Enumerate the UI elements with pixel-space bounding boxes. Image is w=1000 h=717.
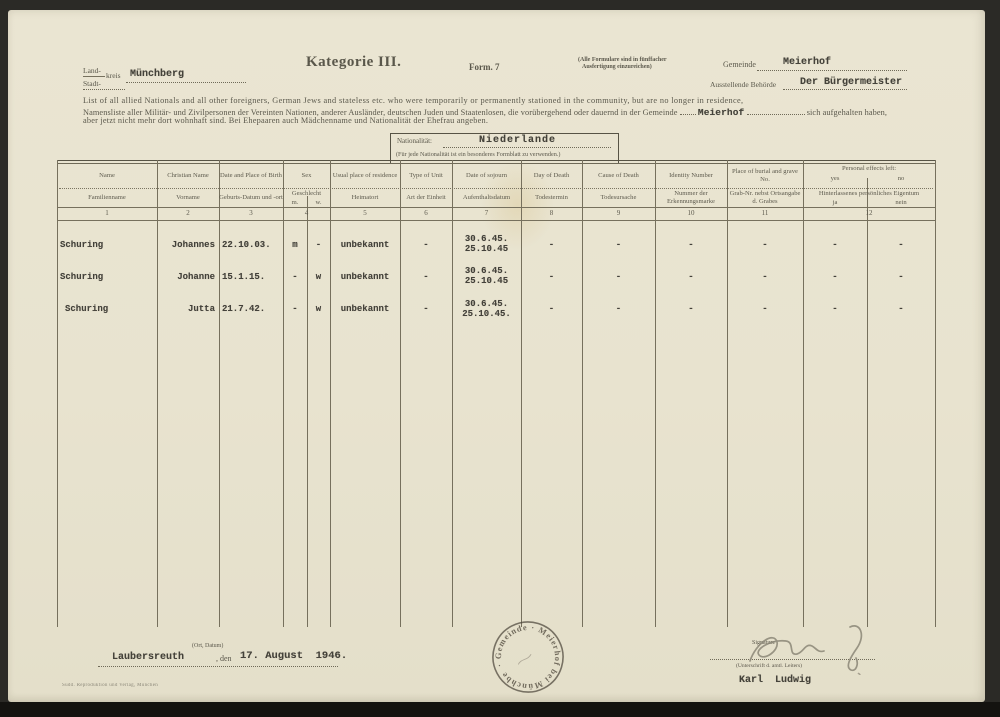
col-number: 8	[521, 209, 582, 217]
intro-line-en: List of all allied Nationals and all oth…	[83, 96, 743, 105]
col-header-de-burial: Grab-Nr. nebst Ortsangabe d. Grabes	[727, 190, 803, 206]
table-column-line	[283, 160, 284, 627]
intro-line-de2: aber jetzt nicht mehr dort wohnhaft sind…	[83, 116, 488, 125]
col-header-en-effects-yes: yes	[803, 174, 867, 183]
row1-christian-name: Johannes	[157, 240, 215, 250]
col-header-de-identity: Nummer der Erkennungsmarke	[655, 190, 727, 206]
col-header-de-sex-m: m.	[283, 199, 307, 207]
nationality-label: Nationalität:	[397, 137, 432, 145]
row1-effects-nein: -	[867, 240, 935, 250]
table-column-line	[655, 160, 656, 627]
row1-name: Schuring	[60, 240, 155, 250]
row3-sojourn-from: 30.6.45.	[452, 299, 521, 309]
gemeinde-dotted-line	[757, 62, 907, 71]
col-header-de-effects: Hinterlassenes persönliches Eigentum	[803, 189, 935, 199]
row2-sojourn-to: 25.10.45	[452, 276, 521, 286]
table-column-line	[803, 160, 804, 627]
intro-de-post: sich aufgehalten haben,	[807, 108, 887, 117]
kreis-kreis-label: kreis	[106, 71, 121, 80]
table-column-line	[727, 160, 728, 627]
col-number: 12	[803, 209, 935, 217]
scanned-form-kategorie-iii: Kategorie III. Form. 7 (Alle Formulare s…	[0, 0, 1000, 717]
table-column-line	[157, 160, 158, 627]
row2-identity: -	[655, 272, 727, 282]
row2-birth: 15.1.15.	[222, 272, 282, 282]
nationality-note: (Für jede Nationalität ist ein besondere…	[396, 151, 560, 158]
place-value: Laubersreuth	[112, 652, 184, 663]
row2-death-cause: -	[582, 272, 655, 282]
table-column-line	[400, 160, 401, 627]
col-number: 6	[400, 209, 452, 217]
row2-unit: -	[400, 272, 452, 282]
row2-sex-m: -	[283, 272, 307, 282]
col-number: 10	[655, 209, 727, 217]
stamp-inner-mark	[517, 654, 533, 664]
behoerde-label: Ausstellende Behörde	[710, 80, 776, 89]
row2-sojourn-from: 30.6.45.	[452, 266, 521, 276]
row2-death-day: -	[521, 272, 582, 282]
col-header-de-residence: Heimatort	[330, 190, 400, 206]
row1-unit: -	[400, 240, 452, 250]
row1-residence: unbekannt	[330, 240, 400, 250]
date-value: 17. August 1946.	[240, 650, 347, 662]
col-header-en-burial: Place of burial and grave No.	[727, 165, 803, 187]
col-header-en-unit: Type of Unit	[400, 165, 452, 187]
table-column-line	[219, 160, 220, 627]
col-header-de-birth: Geburts-Datum und -ort	[219, 190, 283, 206]
row3-effects-nein: -	[867, 304, 935, 314]
header-bottom-line	[57, 220, 935, 221]
form-number-label: Form. 7	[469, 62, 500, 72]
table-column-line	[57, 160, 58, 627]
header-number-separator	[57, 207, 935, 208]
row2-residence: unbekannt	[330, 272, 400, 282]
col-header-de-unit: Art der Einheit	[400, 190, 452, 206]
table-column-line	[521, 160, 522, 627]
kreis-value: Münchberg	[130, 69, 184, 80]
row3-unit: -	[400, 304, 452, 314]
kreis-strike-line	[83, 76, 105, 77]
col-header-de-death-cause: Todesursache	[582, 190, 655, 206]
col-header-en-death-day: Day of Death	[521, 165, 582, 187]
col-header-de-sojourn: Aufenthaltsdatum	[452, 190, 521, 206]
handwritten-signature	[742, 615, 902, 677]
col-number: 1	[57, 209, 157, 217]
col-header-en-christian-name: Christian Name	[157, 165, 219, 187]
behoerde-value: Der Bürgermeister	[800, 77, 902, 88]
form-title: Kategorie III.	[306, 54, 401, 71]
table-column-line	[582, 160, 583, 627]
row3-name: Schuring	[60, 304, 160, 314]
intro-leader-1	[680, 106, 696, 115]
gemeinde-label: Gemeinde	[723, 60, 756, 69]
row1-death-cause: -	[582, 240, 655, 250]
row2-christian-name: Johanne	[157, 272, 215, 282]
col-number: 11	[727, 209, 803, 217]
row3-sex-m: -	[283, 304, 307, 314]
row1-identity: -	[655, 240, 727, 250]
col-header-en-name: Name	[57, 165, 157, 187]
table-column-line	[935, 160, 936, 627]
den-label: , den	[216, 654, 232, 663]
table-column-line	[330, 160, 331, 627]
intro-gemeinde-value: Meierhof	[698, 107, 744, 118]
row1-sojourn-to: 25.10.45	[452, 244, 521, 254]
row3-death-cause: -	[582, 304, 655, 314]
row3-residence: unbekannt	[330, 304, 400, 314]
col-number: 7	[452, 209, 521, 217]
nationality-value: Niederlande	[479, 135, 556, 146]
header-dotted-separator	[59, 188, 933, 189]
col-header-en-identity: Identity Number	[655, 165, 727, 187]
row3-sojourn-to: 25.10.45.	[452, 309, 521, 319]
row1-sojourn-from: 30.6.45.	[452, 234, 521, 244]
col-header-en-residence: Usual place of residence	[330, 165, 400, 187]
kreis-stadt-dotted	[83, 81, 125, 90]
col-header-de-effects-nein: nein	[867, 199, 935, 207]
row1-sex-w: -	[307, 240, 330, 250]
col-header-en-birth: Date and Place of Birth	[219, 165, 283, 187]
col-header-de-sex: Geschlecht	[283, 189, 330, 199]
col-number: 3	[219, 209, 283, 217]
copies-note-line1: (Alle Formulare sind in fünffacher	[578, 57, 667, 63]
row1-burial: -	[727, 240, 803, 250]
kreis-land-label: Land-	[83, 66, 101, 75]
row1-birth: 22.10.03.	[222, 240, 282, 250]
row2-sex-w: w	[307, 272, 330, 282]
col-header-en-effects-no: no	[867, 174, 935, 183]
col-header-de-effects-ja: ja	[803, 199, 867, 207]
row2-burial: -	[727, 272, 803, 282]
row2-effects-nein: -	[867, 272, 935, 282]
row3-death-day: -	[521, 304, 582, 314]
sex-subcolumn-line	[307, 196, 308, 627]
printer-imprint: Südd. Reproduktion und Verlag, München	[62, 683, 158, 688]
table-column-line	[452, 160, 453, 627]
gemeinde-value: Meierhof	[783, 57, 831, 68]
col-header-en-effects: Personal effects left:	[803, 164, 935, 174]
col-number: 5	[330, 209, 400, 217]
col-header-de-name: Familienname	[57, 190, 157, 206]
row2-name: Schuring	[60, 272, 155, 282]
row1-effects-ja: -	[803, 240, 867, 250]
intro-leader-2	[747, 106, 805, 115]
col-header-en-sojourn: Date of sojourn	[452, 165, 521, 187]
row2-effects-ja: -	[803, 272, 867, 282]
row1-sex-m: m	[283, 240, 307, 250]
scan-bottom-edge	[0, 702, 1000, 717]
copies-note-line2: Ausfertigung einzureichen)	[582, 64, 652, 70]
col-header-de-christian-name: Vorname	[157, 190, 219, 206]
col-number: 4	[283, 209, 330, 217]
ort-datum-label: (Ort, Datum)	[192, 643, 223, 649]
row3-identity: -	[655, 304, 727, 314]
col-header-de-sex-w: w.	[307, 199, 330, 207]
col-number: 9	[582, 209, 655, 217]
col-header-en-sex: Sex	[283, 165, 330, 187]
row3-birth: 21.7.42.	[222, 304, 282, 314]
col-number: 2	[157, 209, 219, 217]
col-header-de-death-day: Todestermin	[521, 190, 582, 206]
col-header-en-death-cause: Cause of Death	[582, 165, 655, 187]
row1-death-day: -	[521, 240, 582, 250]
row3-burial: -	[727, 304, 803, 314]
row3-effects-ja: -	[803, 304, 867, 314]
row3-christian-name: Jutta	[157, 304, 229, 314]
row3-sex-w: w	[307, 304, 330, 314]
